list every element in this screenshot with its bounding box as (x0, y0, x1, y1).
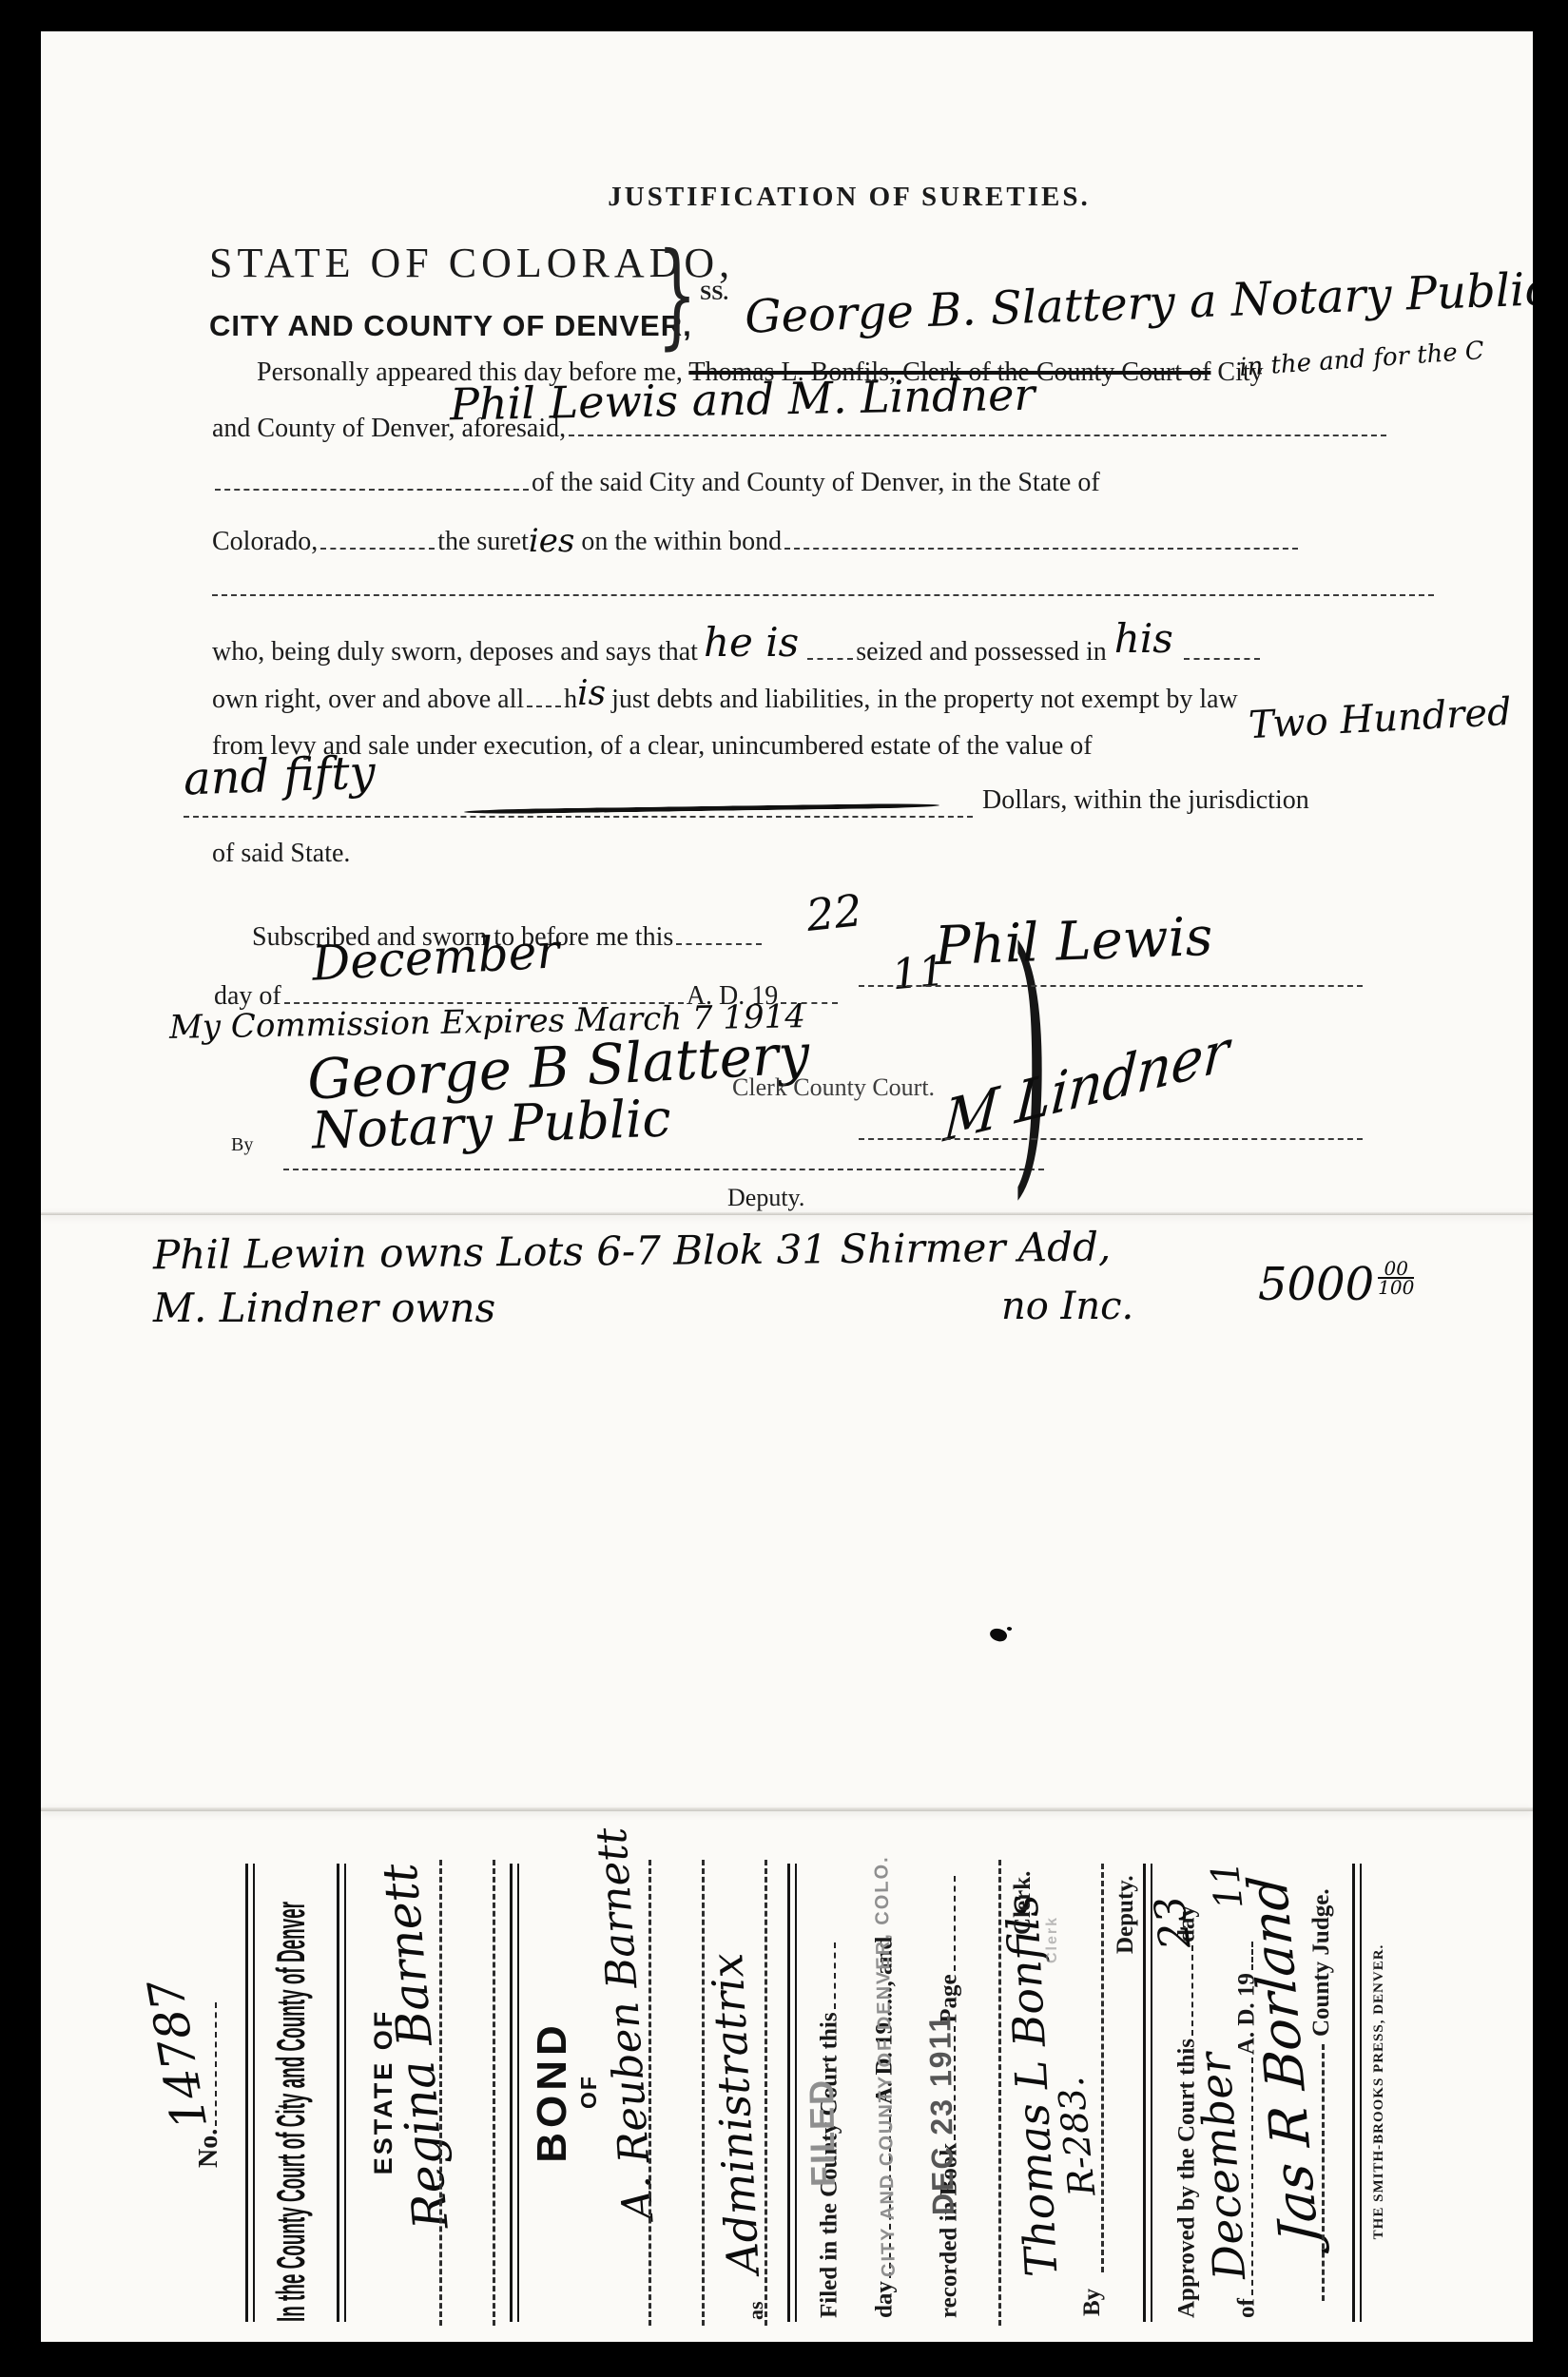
docket-rule (245, 1864, 255, 2322)
sworn-mid-text: seized and possessed in (856, 637, 1107, 667)
amount-fraction-denominator: 100 (1378, 1279, 1414, 1296)
dashed-fill (527, 683, 561, 707)
docket-dash-rule (765, 1860, 767, 2326)
hw-notary-name-2: in the and for the C (1238, 337, 1485, 382)
docket-dash-rule (439, 1860, 442, 2326)
amount-fraction: 00100 (1378, 1260, 1414, 1296)
dashed-fill (1171, 1945, 1193, 2036)
dollars-text: Dollars, within the jurisdiction (982, 785, 1309, 815)
hw-note-no-inc: no Inc. (1001, 1285, 1133, 1328)
docket-rotated-content: No. 14787 In the County Court of City an… (143, 1854, 1417, 2329)
blank-rule-line (184, 816, 973, 818)
body-line-dollars: Dollars, within the jurisdiction (982, 785, 1309, 816)
filed-2a-text: day (871, 2281, 897, 2318)
venue-brace: } (657, 229, 697, 361)
appeared-post: City (1217, 358, 1263, 387)
hw-sureties-names: Phil Lewis and M. Lindner (450, 369, 1036, 431)
docket-county-judge-label: County Judge. (1308, 1888, 1335, 2037)
docket-court-title: In the County Court of City and County o… (268, 1388, 314, 2322)
own-right-pre-text: own right, over and above all (212, 685, 524, 714)
dashed-fill (676, 920, 762, 945)
ink-strike-line (464, 803, 939, 815)
of-label-text: of (1233, 2298, 1259, 2318)
fold-crease-upper (41, 1212, 1533, 1215)
docket-rule (510, 1864, 519, 2322)
docket-panel: No. 14787 In the County Court of City an… (143, 1854, 1417, 2329)
hw-note-line-2: M. Lindner owns (153, 1285, 495, 1331)
blank-rule-line (283, 1169, 1044, 1170)
document-title: JUSTIFICATION OF SURETIES. (573, 182, 1125, 213)
body-line-of-said-state: of said State. (212, 839, 350, 869)
docket-clerk-label: Clerk. (1010, 1871, 1036, 1935)
stamp-clerk-faint: Clerk (1044, 1916, 1061, 1963)
dashed-fill (934, 1876, 956, 1971)
docket-deputy-label: Deputy. (1113, 1875, 1139, 1954)
docket-dash-rule (1322, 2044, 1325, 2301)
state-line: STATE OF COLORADO, (209, 239, 734, 287)
hw-he-is: he is (704, 619, 799, 666)
hw-surety-signature-2: M Lindner (941, 1016, 1231, 1155)
county-line: CITY AND COUNTY OF DENVER, (209, 309, 692, 343)
of-said-state-text: of said State. (212, 839, 350, 868)
hw-is: is (577, 674, 606, 713)
dashed-fill (814, 1942, 836, 2009)
hw-note-line-1: Phil Lewin owns Lots 6-7 Blok 31 Shirmer… (153, 1224, 1112, 1279)
signature-rule-2 (859, 1138, 1363, 1140)
docket-rule (787, 1864, 797, 2322)
suret-text: the suret (437, 527, 529, 556)
hw-surety-signature-1: Phil Lewis (934, 906, 1213, 977)
hw-note-amount: 500000100 (1258, 1258, 1414, 1311)
dashed-fill (1184, 635, 1260, 660)
hw-his: his (1114, 615, 1173, 662)
stamp-filed: FILED (802, 2078, 843, 2188)
hw-jurat-day: 22 (803, 884, 864, 941)
docket-bond-label: BOND (529, 1854, 576, 2329)
hw-two-hundred: Two Hundred (1248, 690, 1513, 747)
hw-notary-name: George B. Slattery a Notary Public (744, 262, 1533, 344)
dashed-fill (320, 525, 435, 550)
body-line-own-right: own right, over and above allhisjust deb… (212, 677, 1238, 716)
amount-value: 5000 (1258, 1258, 1374, 1311)
own-right-h: h (564, 685, 577, 714)
body-line-sworn: who, being duly sworn, deposes and says … (212, 623, 1263, 669)
dashed-fill (215, 466, 529, 491)
of-said-city-text: of the said City and County of Denver, i… (532, 468, 1100, 497)
own-right-post-text: just debts and liabilities, in the prope… (611, 685, 1238, 714)
body-line-colorado: Colorado,the sureties on the within bond (212, 520, 1301, 558)
printer-credit: THE SMITH-BROOKS PRESS, DENVER. (1371, 1854, 1387, 2329)
scanned-document: JUSTIFICATION OF SURETIES. STATE OF COLO… (0, 0, 1568, 2377)
body-line-of-said-city: of the said City and County of Denver, i… (212, 466, 1100, 498)
ink-blot-speck (1006, 1626, 1012, 1632)
dashed-fill (784, 525, 1298, 550)
hw-notary-public-title: Notary Public (311, 1088, 672, 1160)
stamp-date: DEC 23 1911 (922, 2013, 961, 2215)
fold-crease-lower (41, 1807, 1533, 1811)
docket-by-label: By (1079, 2289, 1106, 2316)
hw-and-fifty: and fifty (183, 745, 377, 805)
docket-dash-rule (702, 1860, 705, 2326)
deputy-label: Deputy. (727, 1184, 804, 1212)
hw-capacity: Administratrix (701, 1952, 769, 2275)
hw-ies: ies (529, 522, 574, 560)
blank-rule-line (212, 594, 1434, 596)
document-page: JUSTIFICATION OF SURETIES. STATE OF COLO… (41, 31, 1533, 2342)
docket-rule (337, 1864, 346, 2322)
signature-rule-1 (859, 985, 1363, 987)
by-label: By (231, 1134, 253, 1156)
clerk-county-court-label: Clerk County Court. (732, 1073, 935, 1102)
no-label-text: No. (194, 2129, 223, 2168)
within-bond-text: on the within bond (581, 527, 782, 556)
court-title-text: In the County Court of City and County o… (268, 1902, 314, 2322)
hw-approved-day: 23 (1145, 1893, 1200, 1953)
ss-label: SS. (700, 280, 728, 305)
colorado-text: Colorado, (212, 527, 318, 556)
docket-dash-rule (1101, 1864, 1104, 2272)
sworn-pre-text: who, being duly sworn, deposes and says … (212, 637, 698, 667)
docket-dash-rule (648, 1860, 651, 2326)
docket-rule (1352, 1864, 1362, 2322)
docket-dash-rule (493, 1860, 495, 2326)
dashed-fill (807, 635, 853, 660)
